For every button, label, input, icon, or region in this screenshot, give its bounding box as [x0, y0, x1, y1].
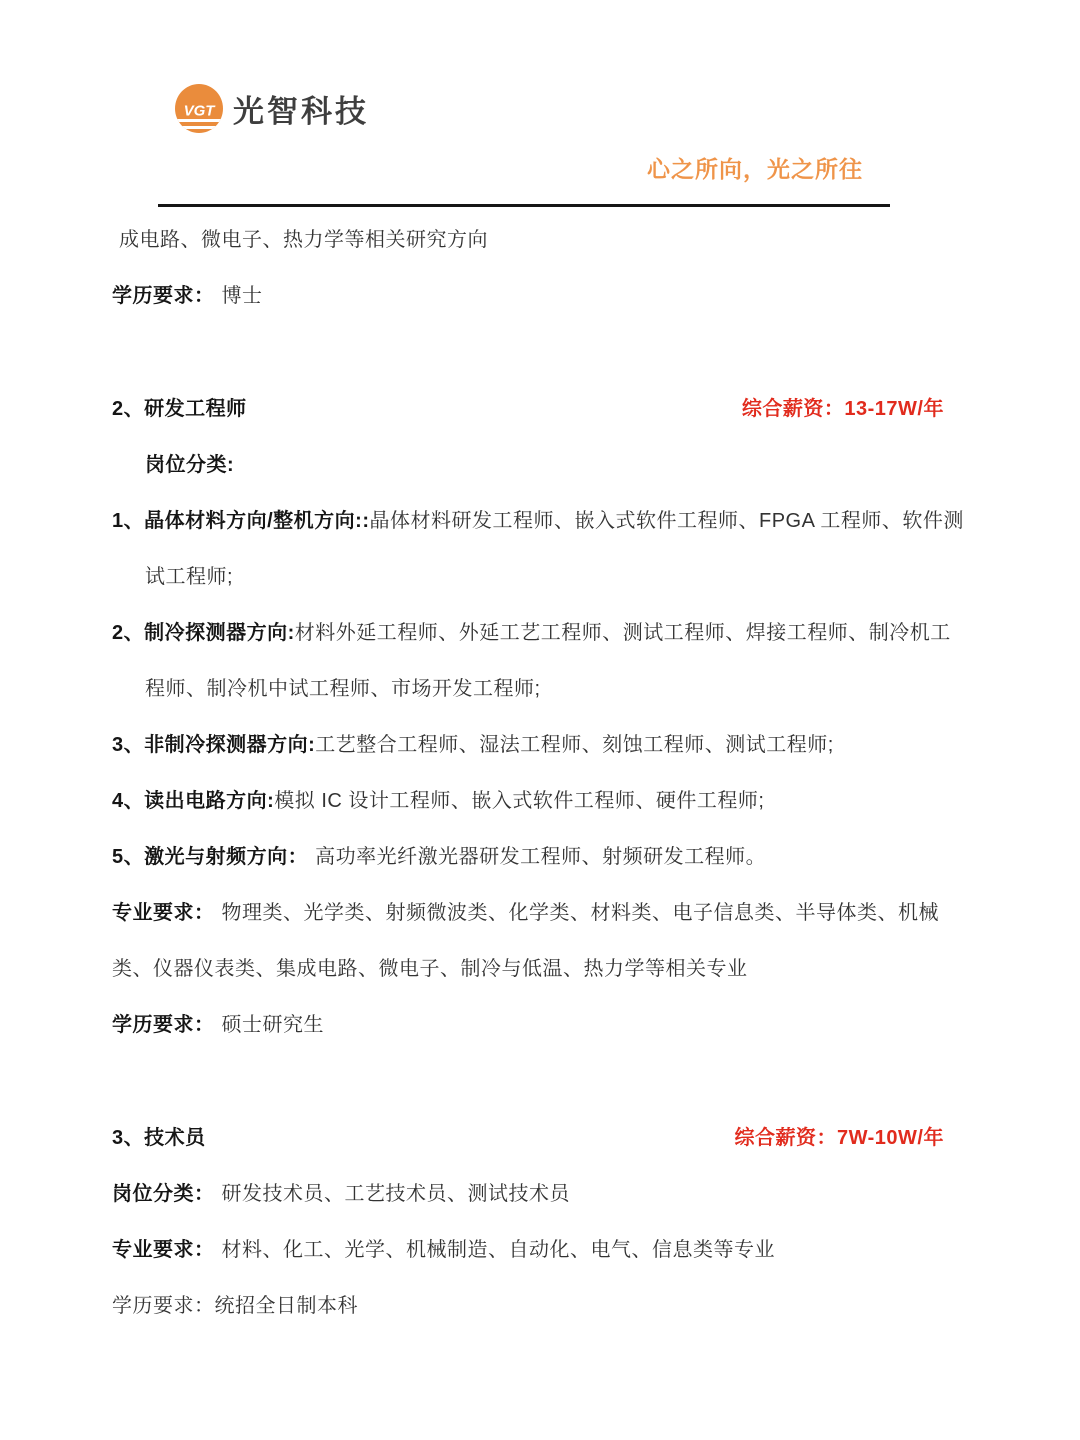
direction-5-line: 5、激光与射频方向：高功率光纤激光器研发工程师、射频研发工程师。	[112, 826, 944, 882]
document-page: VGT 光智科技 心之所向，光之所往 成电路、微电子、热力学等相关研究方向 学历…	[0, 0, 1080, 1440]
header-divider	[158, 204, 890, 207]
intro-wrap-line: 成电路、微电子、热力学等相关研究方向	[112, 209, 944, 265]
direction-1-wrap-line: 试工程师;	[112, 546, 944, 602]
line-text: 程师、制冷机中试工程师、市场开发工程师;	[145, 672, 541, 701]
logo-sun-icon: VGT	[175, 84, 223, 133]
company-tagline: 心之所向，光之所往	[647, 151, 863, 184]
line-text: 研发技术员、工艺技术员、测试技术员	[222, 1177, 571, 1206]
section-3-salary-badge: 综合薪资：7W-10W/年	[735, 1121, 944, 1150]
direction-3-line: 3、非制冷探测器方向:工艺整合工程师、湿法工程师、刻蚀工程师、测试工程师;	[112, 714, 944, 770]
logo-stripe	[175, 126, 223, 129]
line-text: 晶体材料研发工程师、嵌入式软件工程师、FPGA 工程师、软件测	[370, 504, 964, 533]
section-2-heading-row: 2、研发工程师 综合薪资：13-17W/年	[112, 378, 944, 434]
line-label: 2、制冷探测器方向:	[112, 616, 295, 645]
line-label: 专业要求：	[112, 1233, 215, 1262]
line-label: 1、晶体材料方向/整机方向::	[112, 504, 370, 533]
line-text: 学历要求：统招全日制本科	[112, 1289, 358, 1318]
line-text: 物理类、光学类、射频微波类、化学类、材料类、电子信息类、半导体类、机械	[222, 896, 940, 925]
line-text: 工艺整合工程师、湿法工程师、刻蚀工程师、测试工程师;	[315, 728, 834, 757]
document-body: 成电路、微电子、热力学等相关研究方向 学历要求：博士 2、研发工程师 综合薪资：…	[112, 209, 944, 1331]
line-label: 专业要求：	[112, 896, 215, 925]
line-text: 高功率光纤激光器研发工程师、射频研发工程师。	[315, 840, 766, 869]
company-name: 光智科技	[233, 86, 369, 131]
direction-2-line: 2、制冷探测器方向:材料外延工程师、外延工艺工程师、测试工程师、焊接工程师、制冷…	[112, 602, 944, 658]
education-requirement-line: 学历要求：博士	[112, 265, 944, 321]
line-text: 模拟 IC 设计工程师、嵌入式软件工程师、硬件工程师;	[274, 784, 764, 813]
section-3-heading-row: 3、技术员 综合薪资：7W-10W/年	[112, 1107, 944, 1163]
line-label: 学历要求：	[112, 1008, 215, 1037]
line-text: 成电路、微电子、热力学等相关研究方向	[119, 223, 488, 252]
category-line: 岗位分类：研发技术员、工艺技术员、测试技术员	[112, 1163, 944, 1219]
major-requirement-line: 专业要求：物理类、光学类、射频微波类、化学类、材料类、电子信息类、半导体类、机械	[112, 882, 944, 938]
line-text: 硕士研究生	[222, 1008, 325, 1037]
section-2-title: 2、研发工程师	[112, 392, 247, 421]
line-label: 4、读出电路方向:	[112, 784, 274, 813]
line-text: 材料、化工、光学、机械制造、自动化、电气、信息类等专业	[222, 1233, 776, 1262]
logo-stripe	[175, 119, 223, 122]
line-text: 博士	[222, 279, 263, 308]
line-label: 3、非制冷探测器方向:	[112, 728, 315, 757]
section-3-title: 3、技术员	[112, 1121, 206, 1150]
line-label: 岗位分类：	[112, 1177, 215, 1206]
major-requirement-wrap-line: 类、仪器仪表类、集成电路、微电子、制冷与低温、热力学等相关专业	[112, 938, 944, 994]
major-requirement-line: 专业要求：材料、化工、光学、机械制造、自动化、电气、信息类等专业	[112, 1219, 944, 1275]
line-label: 学历要求：	[112, 279, 215, 308]
section-2-salary-badge: 综合薪资：13-17W/年	[742, 392, 944, 421]
line-label: 岗位分类:	[145, 448, 234, 477]
logo-badge-text: VGT	[175, 102, 223, 119]
education-requirement-line: 学历要求：统招全日制本科	[112, 1275, 944, 1331]
line-text: 试工程师;	[145, 560, 233, 589]
line-label: 5、激光与射频方向：	[112, 840, 308, 869]
company-logo: VGT 光智科技	[175, 84, 369, 133]
direction-2-wrap-line: 程师、制冷机中试工程师、市场开发工程师;	[112, 658, 944, 714]
direction-4-line: 4、读出电路方向:模拟 IC 设计工程师、嵌入式软件工程师、硬件工程师;	[112, 770, 944, 826]
education-requirement-line: 学历要求：硕士研究生	[112, 994, 944, 1050]
category-label-line: 岗位分类:	[112, 434, 944, 490]
line-text: 材料外延工程师、外延工艺工程师、测试工程师、焊接工程师、制冷机工	[295, 616, 951, 645]
line-text: 类、仪器仪表类、集成电路、微电子、制冷与低温、热力学等相关专业	[112, 952, 748, 981]
direction-1-line: 1、晶体材料方向/整机方向::晶体材料研发工程师、嵌入式软件工程师、FPGA 工…	[112, 490, 944, 546]
